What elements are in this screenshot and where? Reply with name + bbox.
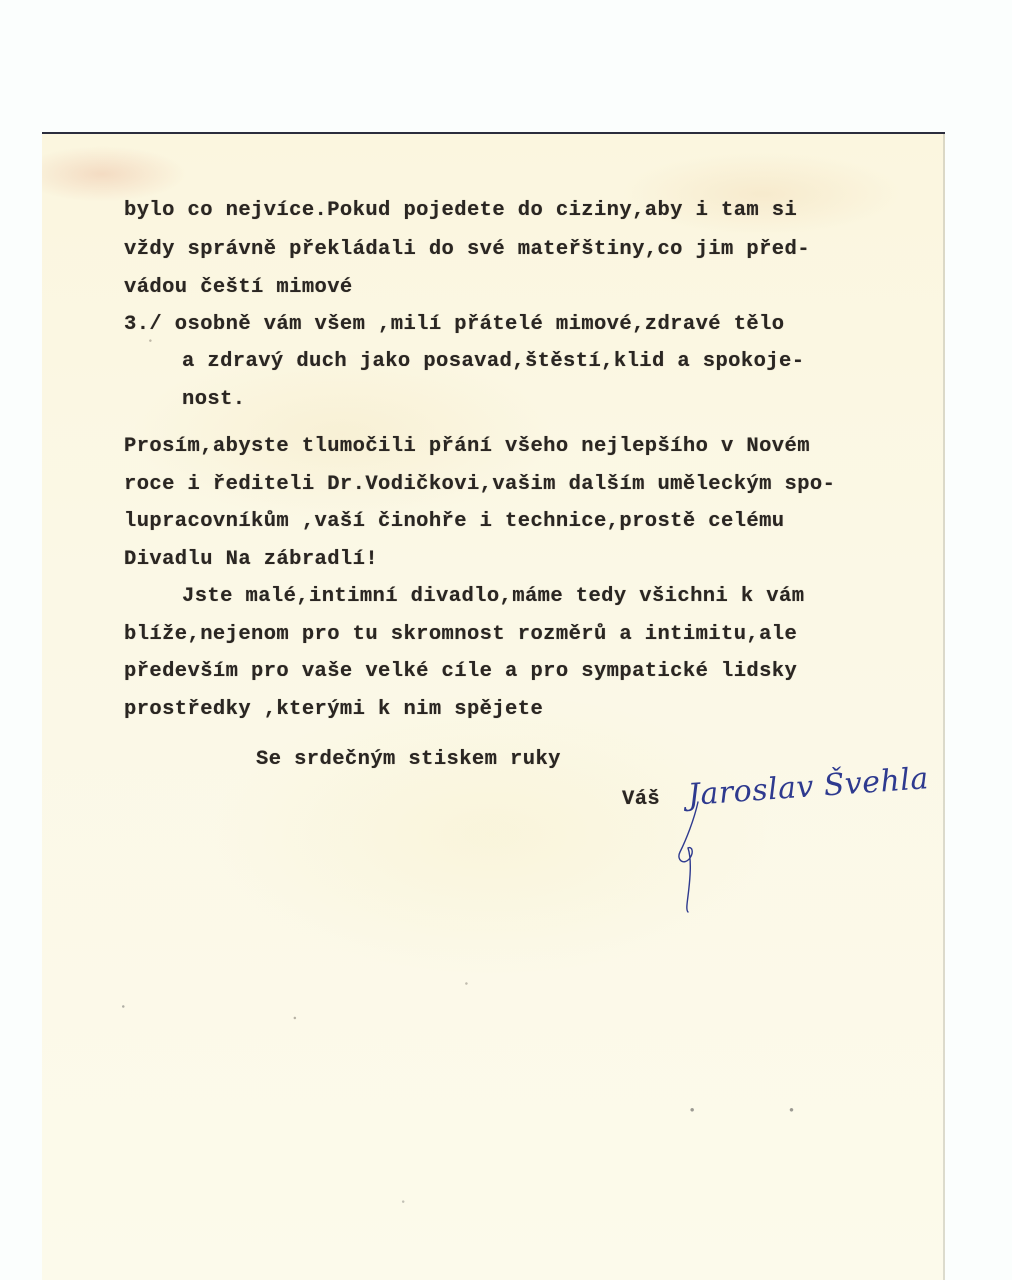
letter-line: roce i řediteli Dr.Vodičkovi,vašim další… (124, 475, 835, 496)
scanned-page: bylo co nejvíce.Pokud pojedete do ciziny… (0, 0, 1012, 1280)
letter-line: Prosím,abyste tlumočili přání všeho nejl… (124, 437, 810, 458)
letter-line: lupracovníkům ,vaší činohře i technice,p… (124, 512, 785, 533)
letter-line: vádou čeští mimové (124, 278, 353, 299)
signature-flourish-icon (670, 800, 730, 920)
letter-closing: Se srdečným stiskem ruky (256, 750, 561, 771)
letter-line: prostředky ,kterými k nim spějete (124, 700, 543, 721)
letter-line: Jste malé,intimní divadlo,máme tedy všic… (182, 587, 804, 608)
letter-line: vždy správně překládali do své mateřštin… (124, 240, 810, 261)
letter-valediction: Váš (622, 790, 660, 811)
letter-line: bylo co nejvíce.Pokud pojedete do ciziny… (124, 201, 797, 222)
letter-line: blíže,nejenom pro tu skromnost rozměrů a… (124, 625, 797, 646)
letter-line: především pro vaše velké cíle a pro symp… (124, 662, 797, 683)
letter-line: a zdravý duch jako posavad,štěstí,klid a… (182, 352, 804, 373)
letter-line: nost. (182, 390, 246, 411)
letter-line: Divadlu Na zábradlí! (124, 550, 378, 571)
letter-line-item-3: 3./ osobně vám všem ,milí přátelé mimové… (124, 315, 785, 336)
